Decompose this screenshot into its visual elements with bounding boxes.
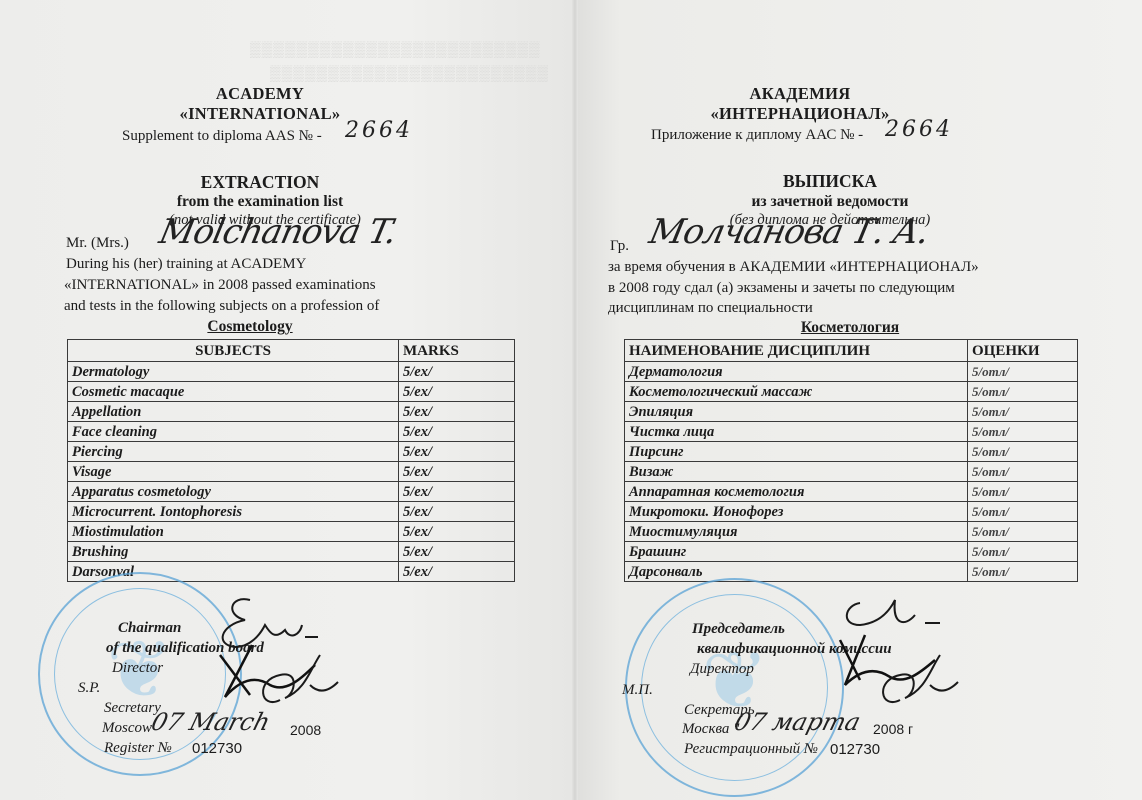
mark-cell: 5/ex/ bbox=[399, 502, 515, 522]
page-fold bbox=[572, 0, 578, 800]
table-row: Appellation5/ex/ bbox=[68, 402, 515, 422]
student-name-handwritten: Molchanova T. bbox=[156, 212, 400, 252]
body-line-1: During his (her) training at ACADEMY bbox=[66, 256, 306, 273]
table-row: Брашинг5/отл/ bbox=[625, 542, 1078, 562]
register-label: Register № bbox=[104, 740, 172, 757]
subject-cell: Визаж bbox=[625, 462, 968, 482]
table-row: Cosmetic macaque5/ex/ bbox=[68, 382, 515, 402]
director-label-ru: Директор bbox=[690, 661, 754, 678]
table-row: Miostimulation5/ex/ bbox=[68, 522, 515, 542]
org-name-line1: ACADEMY bbox=[160, 84, 360, 104]
name-label-ru: Гр. bbox=[610, 238, 629, 255]
chairman-label-ru: Председатель bbox=[692, 621, 785, 638]
subject-cell: Face cleaning bbox=[68, 422, 399, 442]
city-label: Moscow bbox=[102, 720, 152, 737]
table-row: Чистка лица5/отл/ bbox=[625, 422, 1078, 442]
table-header-row: SUBJECTS MARKS bbox=[68, 340, 515, 362]
subject-cell: Брашинг bbox=[625, 542, 968, 562]
subject-cell: Чистка лица bbox=[625, 422, 968, 442]
body-line-1-ru: за время обучения в АКАДЕМИИ «ИНТЕРНАЦИО… bbox=[608, 259, 979, 276]
register-number: 012730 bbox=[192, 740, 242, 757]
mark-cell: 5/ex/ bbox=[399, 522, 515, 542]
secretary-label: Secretary bbox=[104, 700, 161, 717]
subject-cell: Миостимуляция bbox=[625, 522, 968, 542]
director-label: Director bbox=[112, 660, 163, 677]
document-subtitle: from the examination list bbox=[120, 193, 400, 211]
director-signature bbox=[250, 650, 340, 720]
subject-cell: Эпиляция bbox=[625, 402, 968, 422]
table-row: Apparatus cosmetology5/ex/ bbox=[68, 482, 515, 502]
column-header-disciplines: НАИМЕНОВАНИЕ ДИСЦИПЛИН bbox=[625, 340, 968, 362]
year: 2008 bbox=[290, 722, 321, 738]
body-line-3-ru: дисциплинам по специальности bbox=[608, 300, 813, 317]
table-header-row: НАИМЕНОВАНИЕ ДИСЦИПЛИН ОЦЕНКИ bbox=[625, 340, 1078, 362]
table-row: Piercing5/ex/ bbox=[68, 442, 515, 462]
marks-table: SUBJECTS MARKS Dermatology5/ex/Cosmetic … bbox=[67, 339, 515, 582]
subject-cell: Dermatology bbox=[68, 362, 399, 382]
seal-label-ru: М.П. bbox=[622, 682, 653, 699]
register-number-ru: 012730 bbox=[830, 741, 880, 758]
table-row: Dermatology5/ex/ bbox=[68, 362, 515, 382]
subject-cell: Косметологический массаж bbox=[625, 382, 968, 402]
mark-cell: 5/отл/ bbox=[968, 542, 1078, 562]
seal-label: S.P. bbox=[78, 680, 100, 697]
bleed-through-text: ▒▒▒▒▒▒▒▒▒▒▒▒▒▒▒▒▒▒▒▒▒▒▒▒▒ bbox=[250, 42, 541, 59]
table-row: Дарсонваль5/отл/ bbox=[625, 562, 1078, 582]
document-title: EXTRACTION bbox=[160, 172, 360, 193]
subject-cell: Apparatus cosmetology bbox=[68, 482, 399, 502]
year-ru: 2008 г bbox=[873, 721, 913, 737]
subject-cell: Микротоки. Ионофорез bbox=[625, 502, 968, 522]
subject-cell: Visage bbox=[68, 462, 399, 482]
table-row: Пирсинг5/отл/ bbox=[625, 442, 1078, 462]
document-title-ru: ВЫПИСКА bbox=[730, 171, 930, 192]
name-label: Mr. (Mrs.) bbox=[66, 235, 129, 252]
student-name-handwritten-ru: Молчанова Т. А. bbox=[646, 212, 932, 252]
mark-cell: 5/ex/ bbox=[399, 442, 515, 462]
body-line-2-ru: в 2008 году сдал (а) экзамены и зачеты п… bbox=[608, 280, 955, 297]
supplement-label-ru: Приложение к диплому ААС № - bbox=[651, 127, 863, 144]
table-row: Аппаратная косметология5/отл/ bbox=[625, 482, 1078, 502]
table-row: Visage5/ex/ bbox=[68, 462, 515, 482]
mark-cell: 5/отл/ bbox=[968, 502, 1078, 522]
specialty: Cosmetology bbox=[150, 318, 350, 336]
table-row: Косметологический массаж5/отл/ bbox=[625, 382, 1078, 402]
table-row: Face cleaning5/ex/ bbox=[68, 422, 515, 442]
director-signature-ru bbox=[870, 650, 960, 720]
table-row: Визаж5/отл/ bbox=[625, 462, 1078, 482]
supplement-label: Supplement to diploma AAS № - bbox=[122, 128, 322, 145]
subject-cell: Дерматология bbox=[625, 362, 968, 382]
table-row: Microcurrent. Iontophoresis5/ex/ bbox=[68, 502, 515, 522]
column-header-marks: MARKS bbox=[399, 340, 515, 362]
table-row: Микротоки. Ионофорез5/отл/ bbox=[625, 502, 1078, 522]
table-row: Эпиляция5/отл/ bbox=[625, 402, 1078, 422]
mark-cell: 5/ex/ bbox=[399, 402, 515, 422]
mark-cell: 5/отл/ bbox=[968, 562, 1078, 582]
mark-cell: 5/отл/ bbox=[968, 422, 1078, 442]
date-handwritten-ru: 07 марта bbox=[731, 708, 863, 736]
mark-cell: 5/ex/ bbox=[399, 482, 515, 502]
mark-cell: 5/ex/ bbox=[399, 362, 515, 382]
mark-cell: 5/отл/ bbox=[968, 382, 1078, 402]
body-line-2: «INTERNATIONAL» in 2008 passed examinati… bbox=[64, 277, 376, 294]
official-stamp-ru: ❦ bbox=[625, 578, 844, 797]
marks-table-ru: НАИМЕНОВАНИЕ ДИСЦИПЛИН ОЦЕНКИ Дерматолог… bbox=[624, 339, 1078, 582]
mark-cell: 5/ex/ bbox=[399, 562, 515, 582]
document-subtitle-ru: из зачетной ведомости bbox=[700, 193, 960, 211]
body-line-3: and tests in the following subjects on a… bbox=[64, 298, 379, 315]
register-label-ru: Регистрационный № bbox=[684, 741, 818, 758]
subject-cell: Piercing bbox=[68, 442, 399, 462]
subject-cell: Аппаратная косметология bbox=[625, 482, 968, 502]
table-row: Миостимуляция5/отл/ bbox=[625, 522, 1078, 542]
subject-cell: Brushing bbox=[68, 542, 399, 562]
mark-cell: 5/отл/ bbox=[968, 462, 1078, 482]
mark-cell: 5/отл/ bbox=[968, 402, 1078, 422]
mark-cell: 5/отл/ bbox=[968, 522, 1078, 542]
bleed-through-text: ▒▒▒▒▒▒▒▒▒▒▒▒▒▒▒▒▒▒▒▒▒▒▒▒ bbox=[270, 66, 549, 83]
mark-cell: 5/ex/ bbox=[399, 542, 515, 562]
subject-cell: Дарсонваль bbox=[625, 562, 968, 582]
table-row: Brushing5/ex/ bbox=[68, 542, 515, 562]
mark-cell: 5/ex/ bbox=[399, 422, 515, 442]
mark-cell: 5/отл/ bbox=[968, 442, 1078, 462]
diploma-number-handwritten-ru: 2664 bbox=[885, 117, 953, 142]
mark-cell: 5/ex/ bbox=[399, 382, 515, 402]
mark-cell: 5/ex/ bbox=[399, 462, 515, 482]
table-row: Дерматология5/отл/ bbox=[625, 362, 1078, 382]
column-header-subjects: SUBJECTS bbox=[68, 340, 399, 362]
mark-cell: 5/отл/ bbox=[968, 362, 1078, 382]
subject-cell: Microcurrent. Iontophoresis bbox=[68, 502, 399, 522]
diploma-number-handwritten: 2664 bbox=[345, 118, 413, 143]
subject-cell: Пирсинг bbox=[625, 442, 968, 462]
chairman-label: Chairman bbox=[118, 620, 181, 637]
specialty-ru: Косметология bbox=[750, 319, 950, 337]
column-header-grades: ОЦЕНКИ bbox=[968, 340, 1078, 362]
subject-cell: Appellation bbox=[68, 402, 399, 422]
subject-cell: Cosmetic macaque bbox=[68, 382, 399, 402]
mark-cell: 5/отл/ bbox=[968, 482, 1078, 502]
subject-cell: Miostimulation bbox=[68, 522, 399, 542]
org-name-line1-ru: АКАДЕМИЯ bbox=[700, 84, 900, 104]
